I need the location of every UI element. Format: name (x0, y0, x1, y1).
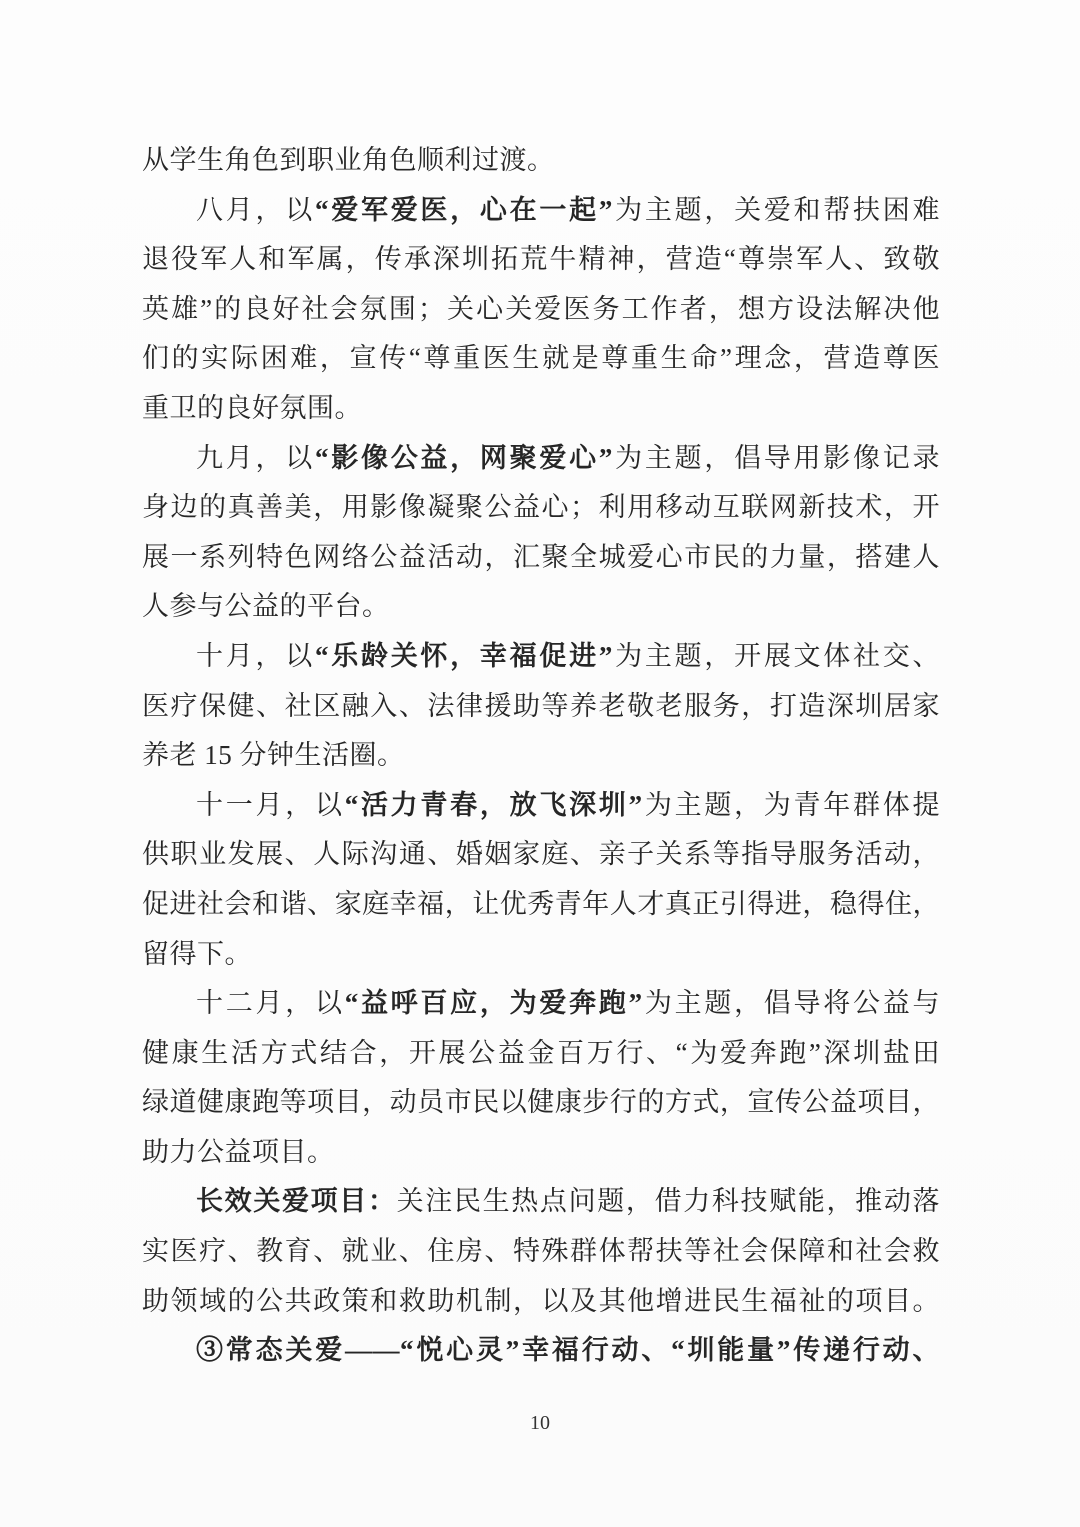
text-run: 促进社会和谐、家庭幸福，让优秀青年人才真正引得进，稳得住， (142, 889, 940, 919)
document-body: 从学生角色到职业角色顺利过渡。 八月，以“爱军爱医，心在一起”为主题，关爱和帮扶… (142, 136, 940, 1376)
theme-title-run: “活力青春，放飞深圳” (345, 790, 643, 820)
text-line: 身边的真善美，用影像凝聚公益心；利用移动互联网新技术，开 (142, 483, 940, 533)
text-line: 医疗保健、社区融入、法律援助等养老敬老服务，打造深圳居家 (142, 682, 940, 732)
text-run: 英雄”的良好社会氛围；关心关爱医务工作者，想方设法解决他 (142, 294, 940, 324)
text-run: 身边的真善美，用影像凝聚公益心；利用移动互联网新技术，开 (142, 492, 940, 522)
theme-title-run: “影像公益，网聚爱心” (315, 443, 613, 473)
text-line: 绿道健康跑等项目，动员市民以健康步行的方式，宣传公益项目， (142, 1078, 940, 1128)
text-run: 助力公益项目。 (142, 1137, 335, 1167)
text-run: 从学生角色到职业角色顺利过渡。 (142, 145, 555, 175)
text-line: 助领域的公共政策和救助机制，以及其他增进民生福祉的项目。 (142, 1277, 940, 1327)
text-run: 十一月，以 (196, 790, 345, 820)
document-page: 从学生角色到职业角色顺利过渡。 八月，以“爱军爱医，心在一起”为主题，关爱和帮扶… (0, 0, 1080, 1527)
text-run: 关注民生热点问题，借力科技赋能，推动落 (397, 1186, 940, 1216)
text-line: 长效关爱项目：关注民生热点问题，借力科技赋能，推动落 (142, 1177, 940, 1227)
text-line: 人参与公益的平台。 (142, 582, 940, 632)
theme-title-run: “乐龄关怀，幸福促进” (315, 641, 613, 671)
text-line: 十二月，以“益呼百应，为爱奔跑”为主题，倡导将公益与 (142, 979, 940, 1029)
heading-line: ③常态关爱——“悦心灵”幸福行动、“圳能量”传递行动、 (142, 1326, 940, 1376)
text-line: 退役军人和军属，传承深圳拓荒牛精神，营造“尊崇军人、致敬 (142, 235, 940, 285)
text-run: 为主题，开展文体社交、 (613, 641, 940, 671)
page-number: 10 (0, 1412, 1080, 1435)
text-run: 十月，以 (196, 641, 315, 671)
text-run: 们的实际困难，宣传“尊重医生就是尊重生命”理念，营造尊医 (142, 343, 940, 373)
text-run: 八月，以 (196, 195, 315, 225)
text-line: 从学生角色到职业角色顺利过渡。 (142, 136, 940, 186)
text-line: 九月，以“影像公益，网聚爱心”为主题，倡导用影像记录 (142, 434, 940, 484)
text-run: 为主题，倡导用影像记录 (613, 443, 940, 473)
text-run: 重卫的良好氛围。 (142, 393, 362, 423)
text-line: 十月，以“乐龄关怀，幸福促进”为主题，开展文体社交、 (142, 632, 940, 682)
theme-title-run: “爱军爱医，心在一起” (315, 195, 613, 225)
text-run: 人参与公益的平台。 (142, 591, 390, 621)
text-line: 英雄”的良好社会氛围；关心关爱医务工作者，想方设法解决他 (142, 285, 940, 335)
text-line: 留得下。 (142, 930, 940, 980)
text-run: 退役军人和军属，传承深圳拓荒牛精神，营造“尊崇军人、致敬 (142, 244, 940, 274)
text-run: 展一系列特色网络公益活动，汇聚全城爱心市民的力量，搭建人 (142, 542, 940, 572)
text-line: 重卫的良好氛围。 (142, 384, 940, 434)
text-line: 助力公益项目。 (142, 1128, 940, 1178)
text-run: 绿道健康跑等项目，动员市民以健康步行的方式，宣传公益项目， (142, 1087, 940, 1117)
text-line: 展一系列特色网络公益活动，汇聚全城爱心市民的力量，搭建人 (142, 533, 940, 583)
text-line: 促进社会和谐、家庭幸福，让优秀青年人才真正引得进，稳得住， (142, 880, 940, 930)
text-run: 为主题，倡导将公益与 (643, 988, 940, 1018)
text-run: 实医疗、教育、就业、住房、特殊群体帮扶等社会保障和社会救 (142, 1236, 940, 1266)
text-run: 为主题，为青年群体提 (643, 790, 940, 820)
section-label-run: 长效关爱项目： (196, 1186, 397, 1216)
text-line: 健康生活方式结合，开展公益金百万行、“为爱奔跑”深圳盐田 (142, 1029, 940, 1079)
text-run: 助领域的公共政策和救助机制，以及其他增进民生福祉的项目。 (142, 1286, 940, 1316)
text-run: 十二月，以 (196, 988, 345, 1018)
text-run: 医疗保健、社区融入、法律援助等养老敬老服务，打造深圳居家 (142, 691, 940, 721)
text-run: 供职业发展、人际沟通、婚姻家庭、亲子关系等指导服务活动， (142, 839, 940, 869)
text-line: 八月，以“爱军爱医，心在一起”为主题，关爱和帮扶困难 (142, 186, 940, 236)
text-line: 们的实际困难，宣传“尊重医生就是尊重生命”理念，营造尊医 (142, 334, 940, 384)
text-run: 健康生活方式结合，开展公益金百万行、“为爱奔跑”深圳盐田 (142, 1038, 940, 1068)
text-line: 供职业发展、人际沟通、婚姻家庭、亲子关系等指导服务活动， (142, 830, 940, 880)
section-heading-run: ③常态关爱——“悦心灵”幸福行动、“圳能量”传递行动、 (196, 1335, 940, 1365)
text-run: 养老 15 分钟生活圈。 (142, 740, 405, 770)
text-line: 养老 15 分钟生活圈。 (142, 731, 940, 781)
theme-title-run: “益呼百应，为爱奔跑” (345, 988, 643, 1018)
text-run: 九月，以 (196, 443, 315, 473)
text-run: 留得下。 (142, 939, 252, 969)
text-run: 为主题，关爱和帮扶困难 (613, 195, 940, 225)
text-line: 十一月，以“活力青春，放飞深圳”为主题，为青年群体提 (142, 781, 940, 831)
text-line: 实医疗、教育、就业、住房、特殊群体帮扶等社会保障和社会救 (142, 1227, 940, 1277)
